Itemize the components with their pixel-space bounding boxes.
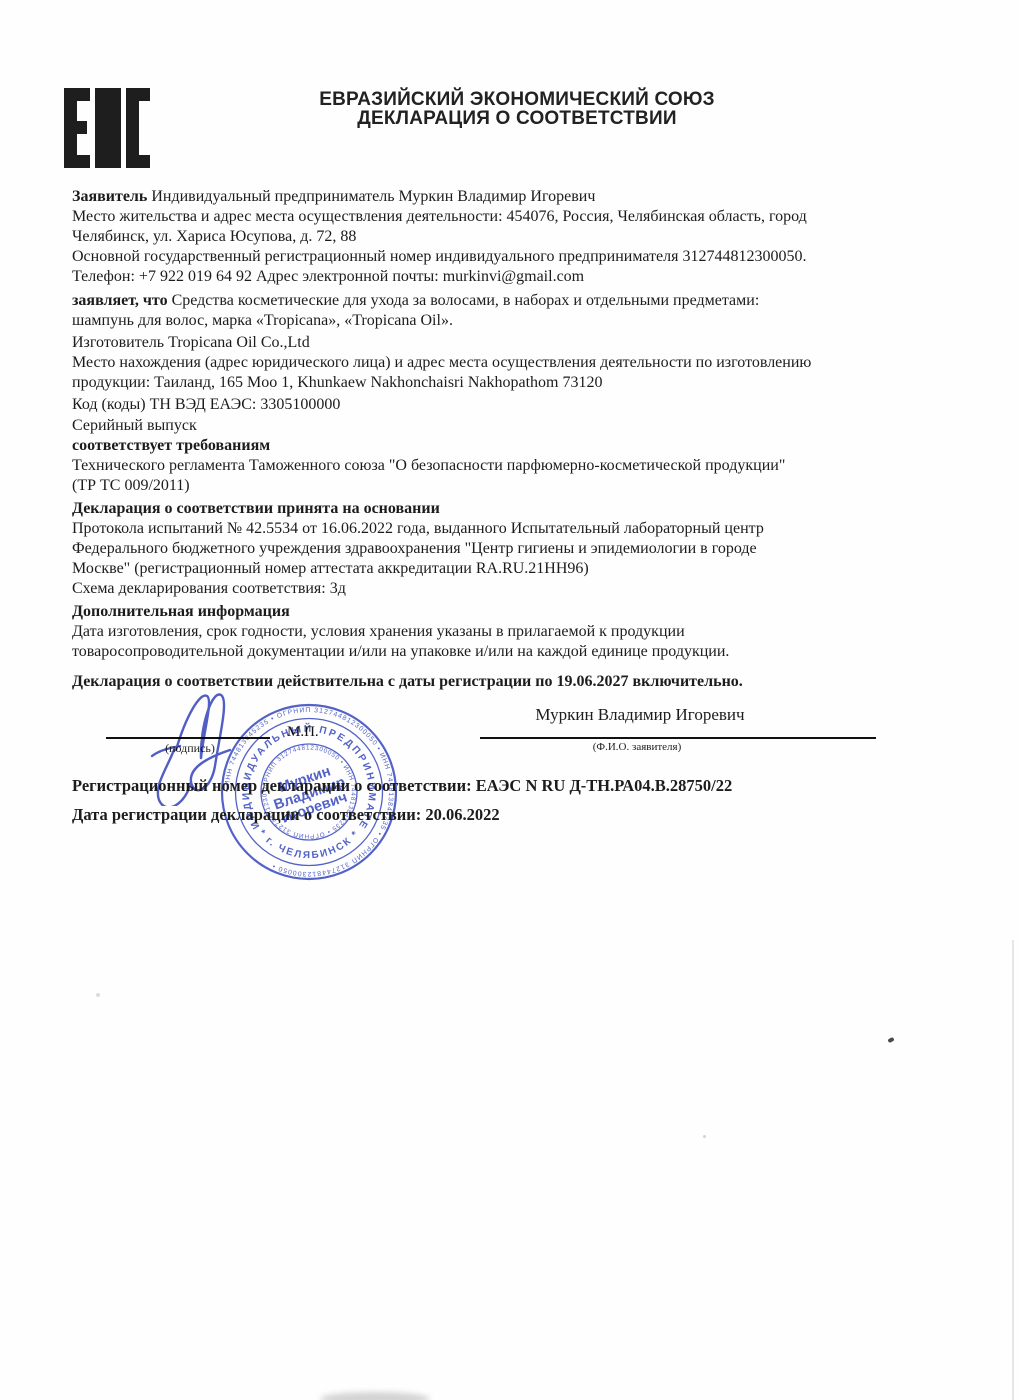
- body-line: шампунь для волос, марка «Tropicana», «T…: [72, 311, 956, 331]
- body-line: товаросопроводительной документации и/ил…: [72, 642, 956, 662]
- body-line: Челябинск, ул. Хариса Юсупова, д. 72, 88: [72, 227, 956, 247]
- body-text-bold: заявляет, что: [72, 292, 172, 309]
- registration-number-value: ЕАЭС N RU Д-ТН.РА04.В.28750/22: [476, 776, 733, 795]
- declaration-page: ЕВРАЗИЙСКИЙ ЭКОНОМИЧЕСКИЙ СОЮЗ ДЕКЛАРАЦИ…: [0, 0, 1018, 1400]
- body-line: (ТР ТС 009/2011): [72, 476, 956, 496]
- body-text-bold: Дополнительная информация: [72, 603, 290, 620]
- body-line: Телефон: +7 922 019 64 92 Адрес электрон…: [72, 267, 956, 287]
- scan-speck: [96, 993, 100, 997]
- document-header: ЕВРАЗИЙСКИЙ ЭКОНОМИЧЕСКИЙ СОЮЗ ДЕКЛАРАЦИ…: [8, 90, 1018, 128]
- header-declaration-title: ДЕКЛАРАЦИЯ О СООТВЕТСТВИИ: [8, 109, 1018, 128]
- body-text-bold: Декларация о соответствии принята на осн…: [72, 500, 440, 517]
- body-line: Место нахождения (адрес юридического лиц…: [72, 353, 956, 373]
- body-line: Изготовитель Tropicana Oil Co.,Ltd: [72, 333, 956, 353]
- body-line: Дополнительная информация: [72, 602, 956, 622]
- body-text: шампунь для волос, марка «Tropicana», «T…: [72, 312, 453, 329]
- body-text-bold: соответствует требованиям: [72, 437, 270, 454]
- body-line: Дата изготовления, срок годности, услови…: [72, 622, 956, 642]
- applicant-name: Муркин Владимир Игоревич: [490, 705, 790, 725]
- fio-caption: (Ф.И.О. заявителя): [537, 741, 737, 753]
- scan-edge-line: [1012, 940, 1014, 1400]
- body-line: Место жительства и адрес места осуществл…: [72, 207, 956, 227]
- registration-date-label: Дата регистрации декларации о соответств…: [72, 805, 425, 824]
- body-text: Индивидуальный предприниматель Муркин Вл…: [151, 188, 595, 205]
- body-line: Основной государственный регистрационный…: [72, 247, 956, 267]
- body-text: Место жительства и адрес места осуществл…: [72, 208, 807, 225]
- body-line: Технического регламента Таможенного союз…: [72, 456, 956, 476]
- body-text: Изготовитель Tropicana Oil Co.,Ltd: [72, 334, 310, 351]
- body-line: Заявитель Индивидуальный предприниматель…: [72, 187, 956, 207]
- document-body: Заявитель Индивидуальный предприниматель…: [72, 187, 956, 692]
- header-union-title: ЕВРАЗИЙСКИЙ ЭКОНОМИЧЕСКИЙ СОЮЗ: [8, 90, 1018, 109]
- body-line: соответствует требованиям: [72, 436, 956, 456]
- body-text: (ТР ТС 009/2011): [72, 477, 190, 494]
- body-line: Схема декларирования соответствия: 3д: [72, 579, 956, 599]
- scan-speck: [887, 1037, 894, 1043]
- body-line: Код (коды) ТН ВЭД ЕАЭС: 3305100000: [72, 395, 956, 415]
- registration-block: Регистрационный номер декларации о соотв…: [72, 775, 972, 825]
- body-line: Серийный выпуск: [72, 416, 956, 436]
- fio-line: [480, 737, 876, 739]
- body-text: Серийный выпуск: [72, 417, 197, 434]
- scan-speck: [703, 1135, 706, 1138]
- body-line: Москве" (регистрационный номер аттестата…: [72, 559, 956, 579]
- registration-date-line: Дата регистрации декларации о соответств…: [72, 804, 972, 825]
- body-text-bold: Заявитель: [72, 188, 151, 205]
- registration-number-label: Регистрационный номер декларации о соотв…: [72, 776, 476, 795]
- scan-smudge: [320, 1392, 430, 1400]
- body-text: Схема декларирования соответствия: 3д: [72, 580, 346, 597]
- body-line: Декларация о соответствии принята на осн…: [72, 499, 956, 519]
- body-text: товаросопроводительной документации и/ил…: [72, 643, 729, 660]
- body-text: Протокола испытаний № 42.5534 от 16.06.2…: [72, 520, 764, 537]
- body-line: заявляет, что Средства косметические для…: [72, 291, 956, 311]
- body-text: продукции: Таиланд, 165 Moo 1, Khunkaew …: [72, 374, 602, 391]
- body-text: Средства косметические для ухода за воло…: [172, 292, 760, 309]
- body-text: Федерального бюджетного учреждения здрав…: [72, 540, 757, 557]
- body-text: Дата изготовления, срок годности, услови…: [72, 623, 685, 640]
- body-text: Технического регламента Таможенного союз…: [72, 457, 785, 474]
- body-line: продукции: Таиланд, 165 Moo 1, Khunkaew …: [72, 373, 956, 393]
- body-line: Федерального бюджетного учреждения здрав…: [72, 539, 956, 559]
- registration-number-line: Регистрационный номер декларации о соотв…: [72, 775, 972, 796]
- body-line: Протокола испытаний № 42.5534 от 16.06.2…: [72, 519, 956, 539]
- body-text: Основной государственный регистрационный…: [72, 248, 806, 265]
- body-text: Код (коды) ТН ВЭД ЕАЭС: 3305100000: [72, 396, 340, 413]
- body-text: Челябинск, ул. Хариса Юсупова, д. 72, 88: [72, 228, 356, 245]
- registration-date-value: 20.06.2022: [425, 805, 499, 824]
- body-text: Место нахождения (адрес юридического лиц…: [72, 354, 811, 371]
- body-text: Телефон: +7 922 019 64 92 Адрес электрон…: [72, 268, 584, 285]
- body-text: Москве" (регистрационный номер аттестата…: [72, 560, 589, 577]
